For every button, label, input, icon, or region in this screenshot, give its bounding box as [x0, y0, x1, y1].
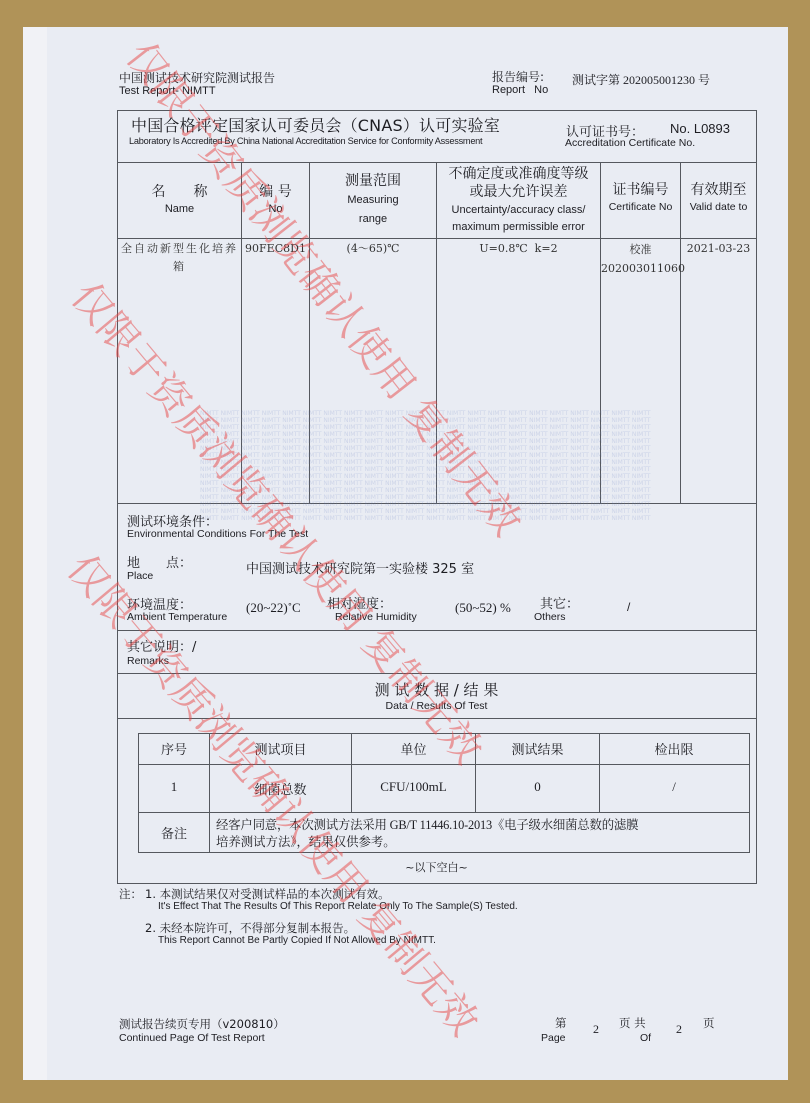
row-divider	[138, 764, 749, 765]
cert-label-en: Accreditation Certificate No.	[565, 137, 695, 149]
results-header-result: 测试结果	[476, 739, 599, 758]
col-header-valid-to: 有效期至 Valid date to	[681, 181, 756, 216]
remarks-label-cn: 其它说明：/	[127, 636, 196, 655]
report-no-label-en: Report No	[492, 84, 548, 96]
results-title-cn: 测 试 数 据 / 结 果	[117, 679, 756, 700]
page-label-cn: 第	[555, 1015, 567, 1031]
form-name-cn: 测试报告续页专用（v200810）	[119, 1016, 285, 1032]
divider	[117, 673, 756, 674]
report-no-label-cn: 报告编号:	[492, 68, 544, 85]
col-header-uncertainty: 不确定度或准确度等级 或最大允许误差 Uncertainty/accuracy …	[437, 165, 600, 235]
equipment-cert-no: 校准 202003011060	[601, 240, 680, 278]
remarks-label-en: Remarks	[127, 655, 169, 667]
paper-edge	[23, 27, 47, 1080]
results-title-en: Data / Results Of Test	[117, 700, 756, 712]
col-header-name: 名 称 Name	[118, 183, 241, 218]
cert-number: No. L0893	[670, 121, 730, 136]
result-seq: 1	[139, 779, 209, 795]
note-line-1: 经客户同意，本次测试方法采用 GB/T 11446.10-2013《电子级水细菌…	[216, 815, 638, 833]
equipment-valid-to: 2021-03-23	[681, 240, 756, 258]
note-line-2: 培养测试方法》，结果仅供参考。	[216, 832, 396, 850]
others-label-cn: 其它：	[540, 593, 579, 612]
temp-value: (20~22)˚C	[246, 600, 301, 616]
cnas-title-en: Laboratory Is Accredited By China Nation…	[129, 136, 482, 146]
page-of-en: Of	[640, 1032, 651, 1044]
row-divider	[138, 812, 749, 813]
page-suffix-cn: 页	[703, 1015, 715, 1031]
cnas-title-cn: 中国合格评定国家认可委员会（CNAS）认可实验室	[131, 113, 500, 136]
col-header-no: 编 号 No	[242, 183, 309, 218]
note-1-en: It's Effect That The Results Of This Rep…	[158, 901, 518, 912]
result-value: 0	[476, 779, 599, 795]
blank-below-marker: ~以下空白~	[117, 859, 756, 875]
equipment-no: 90FEC8D1	[242, 240, 309, 258]
equipment-name: 全自动新型生化培养 箱	[118, 240, 241, 276]
note-1-cn: 1. 本测试结果仅对受测试样品的本次测试有效。	[145, 886, 390, 902]
result-limit: /	[600, 779, 748, 795]
place-label-cn: 地 点：	[127, 552, 192, 571]
result-unit: CFU/100mL	[352, 779, 475, 795]
note-label: 备注	[139, 823, 209, 842]
note-2-en: This Report Cannot Be Partly Copied If N…	[158, 935, 436, 946]
humidity-label-en: Relative Humidity	[335, 611, 417, 623]
security-pattern: NIMTT NIMTT NIMTT NIMTT NIMTT NIMTT NIMT…	[200, 410, 660, 520]
col-header-range: 测量范围 Measuring range	[310, 172, 436, 228]
result-item: 细菌总数	[210, 779, 351, 798]
others-value: /	[627, 600, 630, 614]
env-title-en: Environmental Conditions For The Test	[127, 528, 308, 540]
divider	[117, 630, 756, 631]
temp-label-en: Ambient Temperature	[127, 611, 227, 623]
form-name-en: Continued Page Of Test Report	[119, 1032, 265, 1044]
report-no-value: 测试字第 202005001230 号	[572, 71, 710, 88]
note-2-cn: 2. 未经本院许可，不得部分复制本报告。	[145, 920, 355, 936]
page-current: 2	[593, 1022, 599, 1037]
results-header-item: 测试项目	[210, 739, 351, 758]
divider	[117, 718, 756, 719]
humidity-value: (50~52) %	[455, 600, 511, 616]
page-of-cn: 页 共	[619, 1015, 646, 1031]
results-header-unit: 单位	[352, 739, 475, 758]
place-value: 中国测试技术研究院第一实验楼 325 室	[246, 558, 474, 577]
page-total: 2	[676, 1022, 682, 1037]
equipment-range: (4～65)℃	[310, 240, 436, 258]
results-header-seq: 序号	[139, 739, 209, 758]
results-header-limit: 检出限	[600, 739, 748, 758]
page-label-en: Page	[541, 1032, 566, 1044]
notes-prefix: 注：	[119, 886, 142, 902]
col-header-cert-no: 证书编号 Certificate No	[601, 181, 680, 216]
org-title-en: Test Report- NIMTT	[119, 85, 216, 97]
place-label-en: Place	[127, 570, 153, 582]
equipment-uncertainty: U=0.8℃ k=2	[437, 240, 600, 258]
org-title-cn: 中国测试技术研究院测试报告	[119, 69, 275, 86]
humidity-label-cn: 相对湿度：	[327, 593, 392, 612]
others-label-en: Others	[534, 611, 566, 623]
